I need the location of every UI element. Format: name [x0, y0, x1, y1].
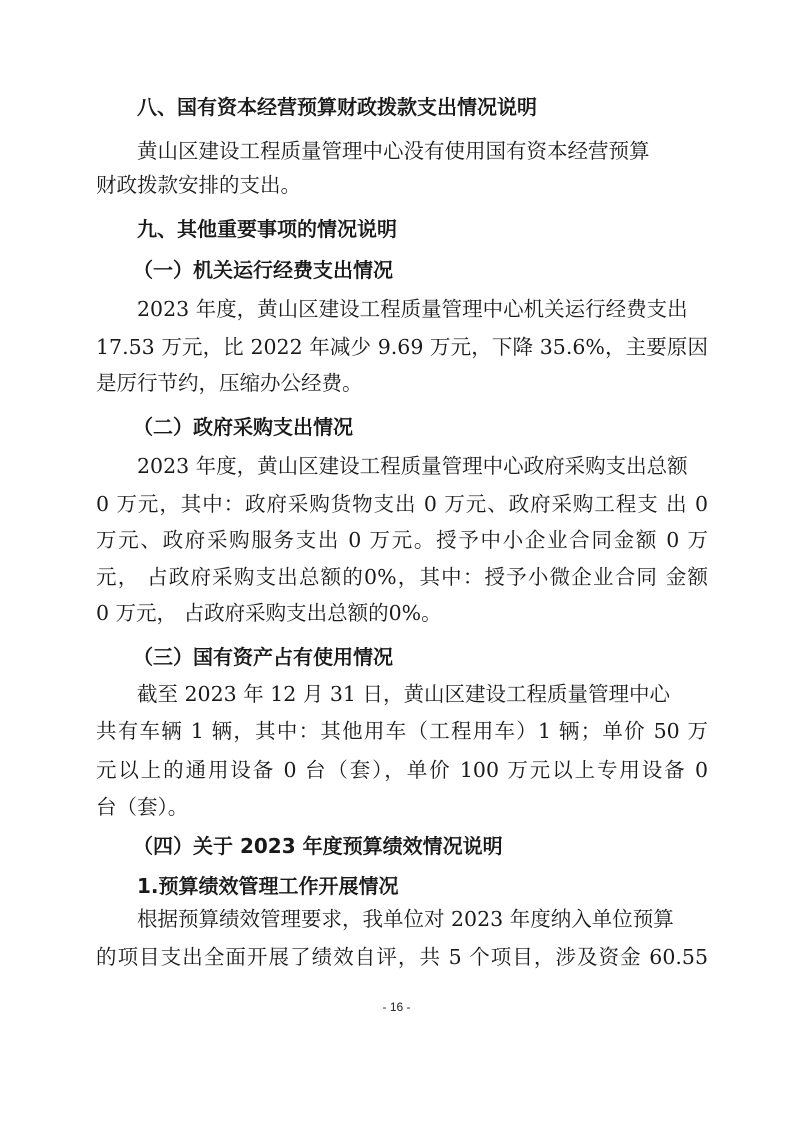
subsection-3-para-line-3: 元以上的通用设备 0 台（套），单价 100 万元以上专用设备 0: [96, 757, 708, 783]
subsection-2-para-line-2: 0 万元，其中：政府采购货物支出 0 万元、政府采购工程支 出 0: [96, 491, 708, 517]
item-1-heading: 1.预算绩效管理工作开展情况: [137, 873, 749, 899]
subsection-2-para-line-5: 0 万元， 占政府采购支出总额的0%。: [96, 600, 708, 626]
subsection-1-para-line-2: 17.53 万元，比 2022 年减少 9.69 万元，下降 35.6%，主要原…: [96, 334, 708, 360]
subsection-3-para-line-1: 截至 2023 年 12 月 31 日，黄山区建设工程质量管理中心: [137, 681, 749, 707]
section-8-para-line-2: 财政拨款安排的支出。: [96, 172, 708, 198]
subsection-2-para-line-1: 2023 年度，黄山区建设工程质量管理中心政府采购支出总额: [137, 453, 749, 479]
subsection-2-heading: （二）政府采购支出情况: [133, 414, 745, 440]
subsection-2-para-line-3: 万元、政府采购服务支出 0 万元。授予中小企业合同金额 0 万: [96, 527, 708, 553]
subsection-1-para-line-1: 2023 年度，黄山区建设工程质量管理中心机关运行经费支出: [137, 296, 749, 322]
section-9-heading: 九、其他重要事项的情况说明: [137, 216, 749, 242]
subsection-4-heading: （四）关于 2023 年度预算绩效情况说明: [133, 833, 745, 859]
subsection-3-heading: （三）国有资产占有使用情况: [133, 644, 745, 670]
item-1-para-line-1: 根据预算绩效管理要求，我单位对 2023 年度纳入单位预算: [137, 906, 749, 932]
subsection-3-para-line-2: 共有车辆 1 辆，其中：其他用车（工程用车）1 辆；单价 50 万: [96, 718, 708, 744]
item-1-para-line-2: 的项目支出全面开展了绩效自评，共 5 个项目，涉及资金 60.55: [96, 944, 708, 970]
subsection-1-heading: （一）机关运行经费支出情况: [133, 257, 745, 283]
subsection-1-para-line-3: 是厉行节约，压缩办公经费。: [96, 370, 708, 396]
subsection-3-para-line-4: 台（套）。: [96, 794, 708, 820]
section-8-para-line-1: 黄山区建设工程质量管理中心没有使用国有资本经营预算: [137, 138, 749, 164]
page-number: - 16 -: [0, 1000, 793, 1014]
subsection-2-para-line-4: 元， 占政府采购支出总额的0%，其中：授予小微企业合同 金额: [96, 564, 708, 590]
document-page: 八、国有资本经营预算财政拨款支出情况说明 黄山区建设工程质量管理中心没有使用国有…: [0, 0, 793, 1122]
section-8-heading: 八、国有资本经营预算财政拨款支出情况说明: [137, 94, 749, 120]
